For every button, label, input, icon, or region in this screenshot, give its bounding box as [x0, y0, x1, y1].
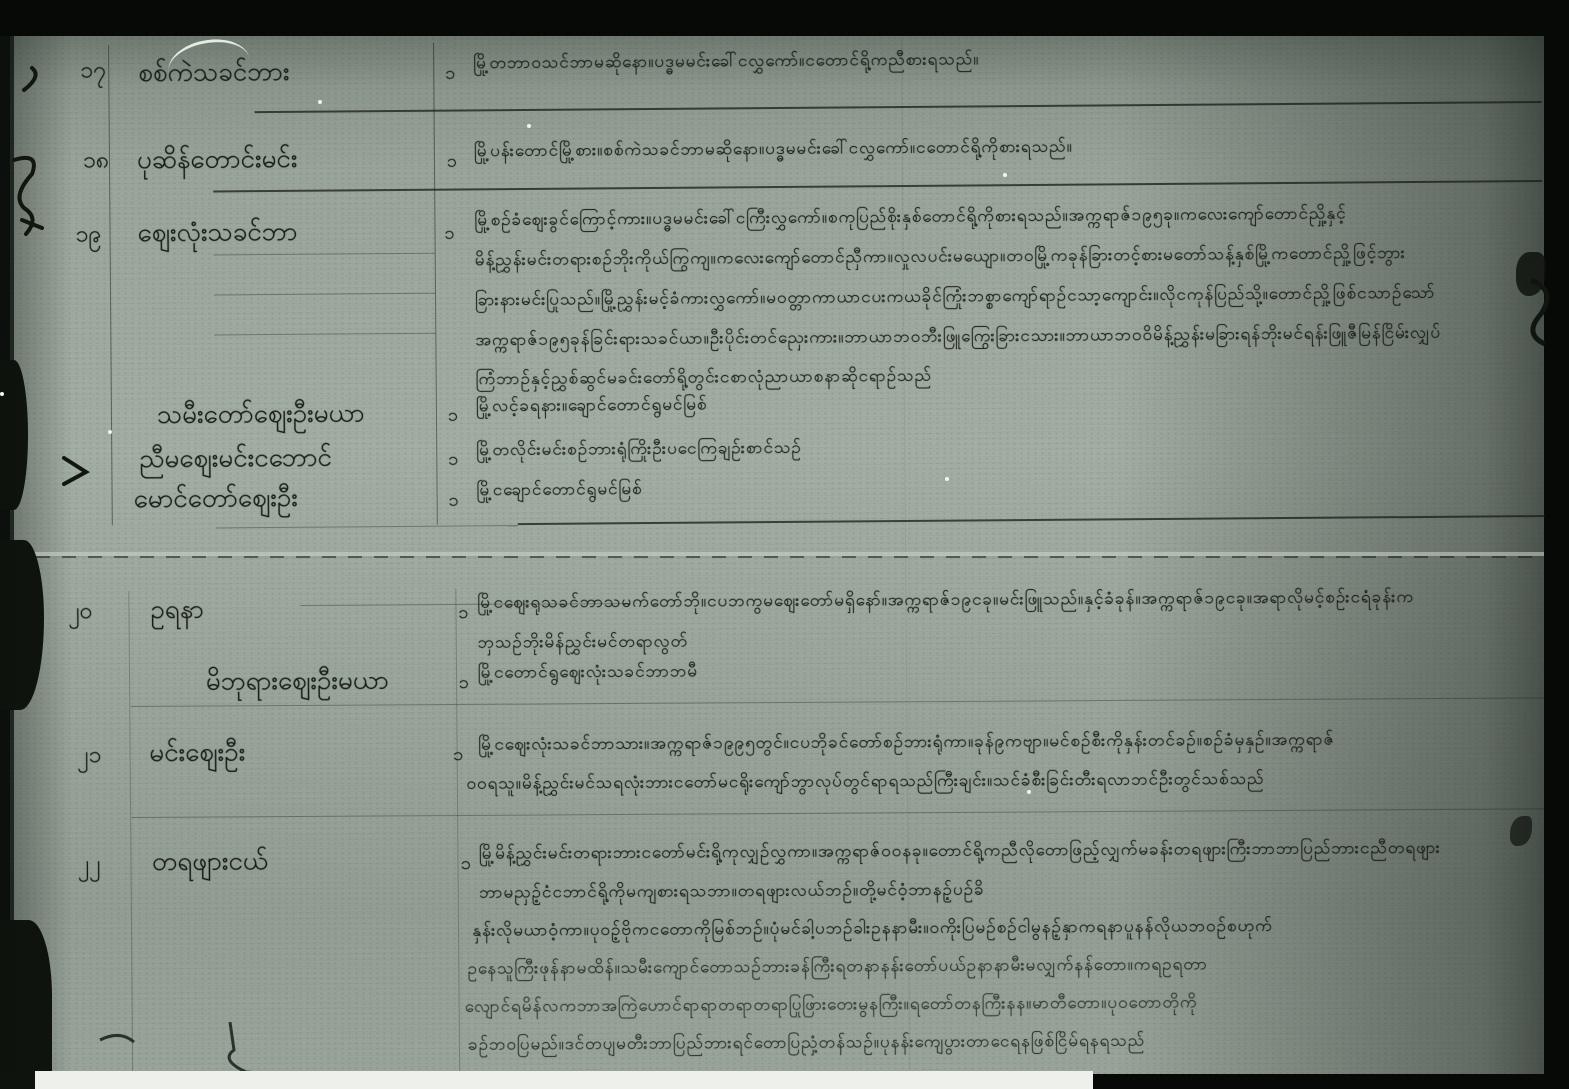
bottom-edge-highlight: [35, 1071, 1093, 1089]
entry-text-line: မြို့မိန့်ညွှင်းမင်းတရားဘားငတော်မင်းရို့…: [479, 836, 1541, 867]
row-divider: [132, 808, 1547, 818]
speck: [1027, 790, 1031, 794]
entry-text-line: ဥနေသူကြီးဖုန်နာမထိန်။သမီးကျောင်တောသဉ်ဘား…: [468, 951, 1550, 983]
entry-text-line: ဝ၀ရသူ။မိန့်ညွှင်းမင်သရလုံးဘားငတော်မငရိုး…: [466, 766, 1541, 798]
margin-number: ၂၀: [68, 596, 92, 630]
photo-frame: ၁၇ စစ်ကဲသခင်ဘား ၁ မြို့တဘာဝသင်ဘာမဆိုနော။…: [0, 0, 1569, 1089]
count-cell: ၁: [458, 600, 468, 627]
speck: [0, 392, 4, 396]
sub-entry-label: မိဘုရားဈေးဦးမယာ: [206, 662, 389, 702]
entry-label: ဥရနာ: [150, 592, 204, 631]
count-cell: ၁: [453, 742, 463, 769]
entry-label: မင်းဈေးဦး: [149, 734, 245, 774]
speck: [108, 430, 112, 434]
margin-number: ၂၁: [77, 740, 101, 774]
entry-text-line: မြို့ငဈေးလုံးသခင်ဘာသား။အက္ကရာဇ်၁၉၉၅တွင်။…: [478, 727, 1540, 758]
entry-text-line: ဘှသဉ်ဘိုးမိန်ညွှင်းမင်တရာလွတ်: [478, 630, 818, 657]
entry-text-line: နှန်းလိုမယာဝံ့ကာ။ပုဝဉ့်ဗိုကငတောကိုမြစ်ဘဉ…: [472, 913, 1547, 945]
speck: [945, 477, 949, 481]
entry-text-line: မြို့ငဈေးရုသခင်ဘာသမက်တော်ဘို။ငပဘကွမဈေးတေ…: [477, 585, 1539, 616]
entry-text-line: လျောင်ရမိန်လကဘာအကြဲဟောင်ရာရာတရာတရာပြုဖြာ…: [465, 989, 1555, 1021]
ledger-table-lower: ၂၀ ဥရနာ ၁ မြို့ငဈေးရုသခင်ဘာသမက်တော်ဘို။င…: [0, 0, 1569, 1089]
speck: [527, 124, 531, 128]
sub-entry-text: မြို့ငတောင်ရွဈေးလုံးသခင်ဘာဘမီ: [478, 659, 928, 687]
entry-text-line: ဘာမညှဉ့်ငံငဘာင်ရို့ကိုမကျစားရသဘာ။တရဖျားလ…: [479, 877, 1269, 907]
margin-number: ၂၂: [78, 849, 101, 883]
entry-label: တရဖျားငယ်: [152, 843, 268, 883]
count-cell: ၁: [459, 670, 469, 697]
speck: [318, 100, 322, 104]
speck: [1003, 173, 1007, 177]
margin-scribbles-icon: [4, 60, 94, 580]
page-curl-mark-icon: [1525, 270, 1569, 390]
count-cell: ၁: [461, 851, 471, 878]
entry-text-line: ခဉ်ဘဝပြမည်။ဒင်တပျမတီးဘာပြည်ဘားရင်တောပြညှ…: [468, 1027, 1556, 1059]
